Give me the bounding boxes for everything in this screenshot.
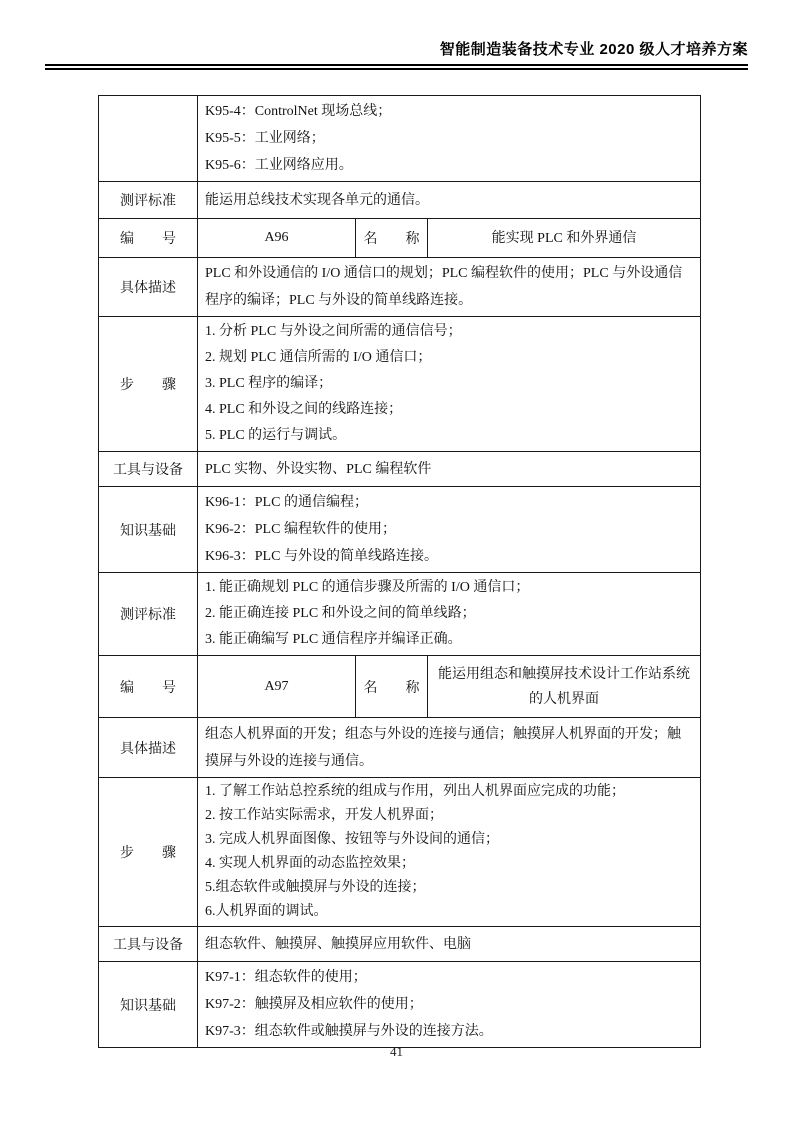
row-content: K97-1：组态软件的使用； K97-2：触摸屏及相应软件的使用； K97-3：… (198, 962, 701, 1048)
content-line: 3. 完成人机界面图像、按钮等与外设间的通信； (205, 828, 694, 852)
table-row-a97-knowledge: 知识基础 K97-1：组态软件的使用； K97-2：触摸屏及相应软件的使用； K… (99, 962, 701, 1048)
content-line: K95-4：ControlNet 现场总线； (205, 98, 694, 125)
row-label: 工具与设备 (99, 452, 198, 487)
row-label: 步 骤 (99, 778, 198, 927)
content-line: 组态软件、触摸屏、触摸屏应用软件、电脑 (205, 931, 694, 958)
skill-code: A96 (198, 219, 356, 258)
row-label: 具体描述 (99, 258, 198, 317)
row-label: 具体描述 (99, 718, 198, 778)
row-content: PLC 实物、外设实物、PLC 编程软件 (198, 452, 701, 487)
content-line: K97-3：组态软件或触摸屏与外设的连接方法。 (205, 1018, 694, 1045)
content-line: 2. 规划 PLC 通信所需的 I/O 通信口； (205, 345, 694, 371)
row-content: K95-4：ControlNet 现场总线； K95-5：工业网络； K95-6… (198, 96, 701, 182)
header-divider-bottom-line (45, 68, 748, 70)
content-line: 5.组态软件或触摸屏与外设的连接； (205, 876, 694, 900)
table-row-a96-id: 编 号 A96 名 称 能实现 PLC 和外界通信 (99, 219, 701, 258)
content-line: 1. 分析 PLC 与外设之间所需的通信信号； (205, 319, 694, 345)
table-row-a96-criteria: 测评标准 1. 能正确规划 PLC 的通信步骤及所需的 I/O 通信口； 2. … (99, 573, 701, 656)
content-line: 4. 实现人机界面的动态监控效果； (205, 852, 694, 876)
skill-spec-table: K95-4：ControlNet 现场总线； K95-5：工业网络； K95-6… (98, 95, 701, 1048)
row-content: 1. 分析 PLC 与外设之间所需的通信信号； 2. 规划 PLC 通信所需的 … (198, 317, 701, 452)
document-title: 智能制造装备技术专业 2020 级人才培养方案 (440, 41, 748, 58)
page-number: 41 (0, 1044, 793, 1060)
skill-name: 能实现 PLC 和外界通信 (428, 219, 701, 258)
content-line: 1. 能正确规划 PLC 的通信步骤及所需的 I/O 通信口； (205, 575, 694, 601)
row-label: 知识基础 (99, 487, 198, 573)
table-row-a96-knowledge: 知识基础 K96-1：PLC 的通信编程； K96-2：PLC 编程软件的使用；… (99, 487, 701, 573)
content-line: 5. PLC 的运行与调试。 (205, 423, 694, 449)
document-page: 智能制造装备技术专业 2020 级人才培养方案 K95-4：ControlNet… (0, 0, 793, 1122)
page-header: 智能制造装备技术专业 2020 级人才培养方案 (45, 38, 748, 59)
table-row-a97-tools: 工具与设备 组态软件、触摸屏、触摸屏应用软件、电脑 (99, 927, 701, 962)
table-row-a97-description: 具体描述 组态人机界面的开发；组态与外设的连接与通信；触摸屏人机界面的开发；触摸… (99, 718, 701, 778)
row-label: 步 骤 (99, 317, 198, 452)
name-label: 名 称 (356, 656, 428, 718)
content-line: 1. 了解工作站总控系统的组成与作用，列出人机界面应完成的功能； (205, 780, 694, 804)
header-divider (45, 64, 748, 70)
content-line: K95-6：工业网络应用。 (205, 152, 694, 179)
name-label: 名 称 (356, 219, 428, 258)
content-line: 4. PLC 和外设之间的线路连接； (205, 397, 694, 423)
table-row-a97-id: 编 号 A97 名 称 能运用组态和触摸屏技术设计工作站系统的人机界面 (99, 656, 701, 718)
row-content: 能运用总线技术实现各单元的通信。 (198, 182, 701, 219)
content-line: K97-1：组态软件的使用； (205, 964, 694, 991)
table-row-a96-description: 具体描述 PLC 和外设通信的 I/O 通信口的规划；PLC 编程软件的使用；P… (99, 258, 701, 317)
content-line: PLC 实物、外设实物、PLC 编程软件 (205, 456, 694, 483)
skill-name: 能运用组态和触摸屏技术设计工作站系统的人机界面 (428, 656, 701, 718)
row-content: 组态人机界面的开发；组态与外设的连接与通信；触摸屏人机界面的开发；触摸屏与外设的… (198, 718, 701, 778)
row-label: 测评标准 (99, 573, 198, 656)
row-content: 组态软件、触摸屏、触摸屏应用软件、电脑 (198, 927, 701, 962)
table-row-a96-steps: 步 骤 1. 分析 PLC 与外设之间所需的通信信号； 2. 规划 PLC 通信… (99, 317, 701, 452)
table-row-a96-tools: 工具与设备 PLC 实物、外设实物、PLC 编程软件 (99, 452, 701, 487)
row-label: 知识基础 (99, 962, 198, 1048)
content-line: K96-1：PLC 的通信编程； (205, 489, 694, 516)
row-content: 1. 能正确规划 PLC 的通信步骤及所需的 I/O 通信口； 2. 能正确连接… (198, 573, 701, 656)
content-line: K96-2：PLC 编程软件的使用； (205, 516, 694, 543)
row-label (99, 96, 198, 182)
skill-code: A97 (198, 656, 356, 718)
row-label: 工具与设备 (99, 927, 198, 962)
content-line: 3. PLC 程序的编译； (205, 371, 694, 397)
row-content: K96-1：PLC 的通信编程； K96-2：PLC 编程软件的使用； K96-… (198, 487, 701, 573)
content-line: 6.人机界面的调试。 (205, 900, 694, 924)
row-label: 编 号 (99, 219, 198, 258)
table-row-k95-criteria: 测评标准 能运用总线技术实现各单元的通信。 (99, 182, 701, 219)
content-line: K97-2：触摸屏及相应软件的使用； (205, 991, 694, 1018)
content-paragraph: 组态人机界面的开发；组态与外设的连接与通信；触摸屏人机界面的开发；触摸屏与外设的… (205, 721, 694, 775)
row-content: PLC 和外设通信的 I/O 通信口的规划；PLC 编程软件的使用；PLC 与外… (198, 258, 701, 317)
row-label: 测评标准 (99, 182, 198, 219)
content-line: K96-3：PLC 与外设的简单线路连接。 (205, 543, 694, 570)
table-row-a97-steps: 步 骤 1. 了解工作站总控系统的组成与作用，列出人机界面应完成的功能； 2. … (99, 778, 701, 927)
content-line: K95-5：工业网络； (205, 125, 694, 152)
row-content: 1. 了解工作站总控系统的组成与作用，列出人机界面应完成的功能； 2. 按工作站… (198, 778, 701, 927)
content-paragraph: PLC 和外设通信的 I/O 通信口的规划；PLC 编程软件的使用；PLC 与外… (205, 260, 694, 314)
table-row-k95-knowledge: K95-4：ControlNet 现场总线； K95-5：工业网络； K95-6… (99, 96, 701, 182)
content-line: 3. 能正确编写 PLC 通信程序并编译正确。 (205, 627, 694, 653)
content-line: 能运用总线技术实现各单元的通信。 (205, 187, 694, 214)
content-line: 2. 能正确连接 PLC 和外设之间的简单线路； (205, 601, 694, 627)
content-line: 2. 按工作站实际需求，开发人机界面； (205, 804, 694, 828)
row-label: 编 号 (99, 656, 198, 718)
